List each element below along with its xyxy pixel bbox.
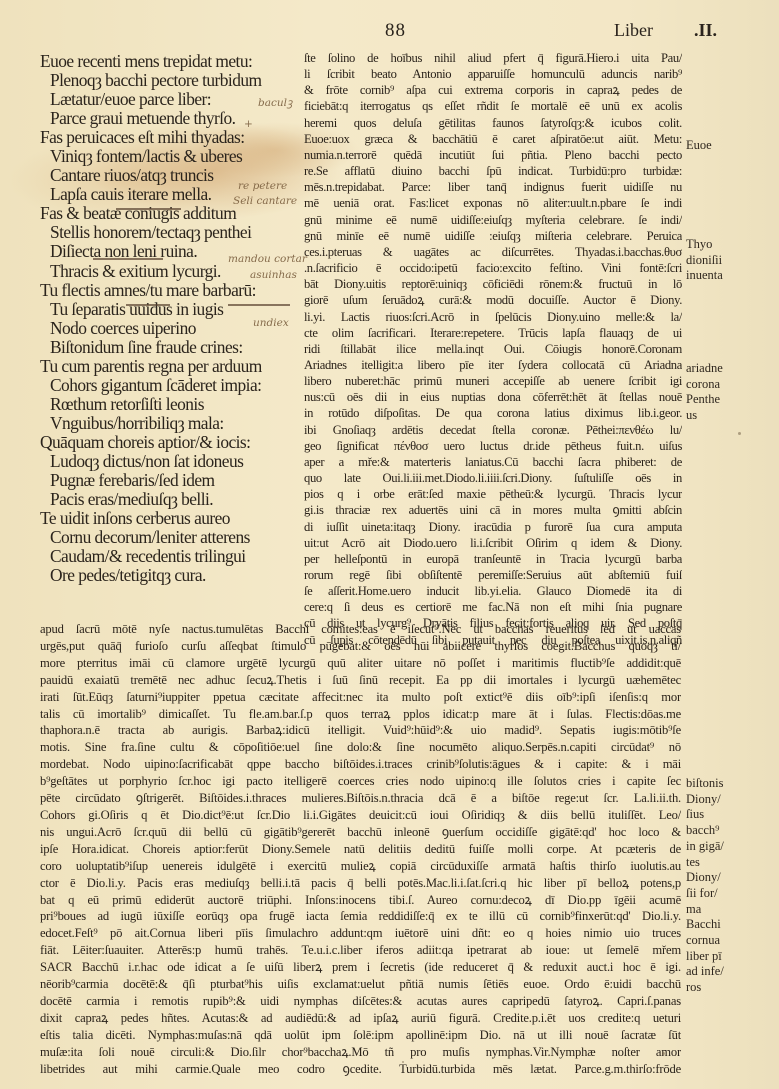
margin-note-line: ſii for/ — [686, 886, 724, 902]
commentary-line: uit:ut Acrō ait Diodo.uero li.i.ſcribit … — [304, 535, 682, 551]
underline-mark — [116, 208, 181, 210]
paper-speck — [662, 1052, 665, 1055]
verse-line: Rœthum retorſiſti leonis — [40, 395, 305, 414]
handwritten-note: baculꝫ — [258, 96, 292, 110]
underline-mark — [228, 304, 290, 306]
commentary-line: urgēs,put quāq̄ furioſo curſu aſſeqbat ſ… — [40, 638, 681, 655]
book-number: .II. — [694, 20, 717, 41]
book-page: 88 Liber .II. Euoe recenti mens trepidat… — [0, 0, 779, 1089]
verse-line: Vnguibus/horribiliqȝ mala: — [40, 414, 305, 433]
commentary-full-width: apud ſacrū mōtē nyſe nactus.tumulētas Ba… — [40, 621, 681, 1077]
margin-note-line: Euoe — [686, 138, 712, 154]
commentary-line: libero nuberet:hāc primū muneri accepiſſ… — [304, 373, 682, 389]
commentary-line: edocet.Feſt⁹ pō ait.Cornua liberi pīis ſ… — [40, 925, 681, 942]
commentary-line: docētē carmia i remotis rupib⁹:& uidi ny… — [40, 993, 681, 1010]
commentary-line: gnū minime eē numē uidiſſe:eiuſqȝ myſter… — [304, 212, 682, 228]
verse-line: Caudam/& recedentis trilingui — [40, 547, 305, 566]
commentary-line: more pterritus imāi cū clamore urgētē ly… — [40, 655, 681, 672]
margin-note-line: dioniſii — [686, 253, 723, 269]
commentary-line: pēte circūdato ꝯſtrigerēt. Biſtōides.i.t… — [40, 790, 681, 807]
commentary-line: per helleſpontū in europā tranſeuntē in … — [304, 551, 682, 567]
commentary-line: Cohors gi.Oſiris q ēt Dio.dict⁹ē:ut ſcr.… — [40, 807, 681, 824]
commentary-line: gi.is thraciæ rex aduertēs uini cā in mo… — [304, 502, 682, 518]
commentary-column: ſte ſolino de hoībus nihil aliud pfert q… — [304, 50, 682, 648]
margin-note-line: inuenta — [686, 268, 723, 284]
margin-note: ariadnecoronaPentheus — [686, 361, 723, 424]
commentary-line: talis cū imortalib⁹ dimicaſſet. Tu fle.a… — [40, 706, 681, 723]
commentary-line: ctor ē Dio.li.y. Pacis eras mediuſqȝ bel… — [40, 875, 681, 892]
commentary-line: giorē uſum ſeruādoꝝ curā:& modū docuiſſe… — [304, 292, 682, 308]
commentary-line: SACR Bacchū i.r.hac ode idicat a ſe uiſū… — [40, 959, 681, 976]
commentary-line: muſæ:ita ſoli nouē circuli:& Dio.ſilr ch… — [40, 1044, 681, 1061]
commentary-line: rorum regē ſibi obſiſtentē peremiſſe:Ser… — [304, 567, 682, 583]
running-head: Liber — [614, 20, 653, 41]
commentary-line: li ſcribit beato Antonio apparuiſſe homu… — [304, 66, 682, 82]
verse-line: Parce graui metuende thyrſo. — [40, 109, 305, 128]
commentary-line: & frōte cornib⁹ aſpa cui extrema corpori… — [304, 82, 682, 98]
margin-note-line: cornua — [686, 933, 724, 949]
commentary-line: nus:cū oēs dii in eius nuptias dona cōfe… — [304, 389, 682, 405]
commentary-line: ces.i.pteruas & uagātes ac diſcurrētes. … — [304, 244, 682, 260]
verse-line: Tu ſeparatis uuidus in iugis — [40, 300, 305, 319]
commentary-line: libetrides aut mihi carmie.Quale meo cod… — [40, 1061, 681, 1078]
commentary-line: eſtis talia dicēti. Nymphas:muſas:nā qdā… — [40, 1027, 681, 1044]
underline-mark — [93, 258, 163, 260]
handwritten-note: undiex — [253, 317, 289, 329]
folio-number: 88 — [385, 20, 406, 42]
page-header: 88 Liber .II. — [0, 20, 779, 44]
commentary-line: cere:q ſi deus es certiorē me fac.Nā non… — [304, 599, 682, 615]
commentary-line: mordebat. Nodo uipino:ſacrificabāt qppe … — [40, 756, 681, 773]
commentary-line: cte olim ſacrificari. Iterare:repetere. … — [304, 325, 682, 341]
margin-note-line: Penthe — [686, 392, 723, 408]
commentary-line: thaphora.n.ē tracta ab aurigis. Barbaꝝ:i… — [40, 722, 681, 739]
verse-line: Pugnæ ferebaris/ſed idem — [40, 471, 305, 490]
handwritten-note: asuinhas — [250, 269, 297, 281]
commentary-line: heremi quos deluſa gētilitas faunos ſaty… — [304, 115, 682, 131]
margin-note-line: ſius — [686, 807, 724, 823]
commentary-line: mēs.n.trepidabat. Parce: liber tanq̄ ind… — [304, 179, 682, 195]
commentary-line: pri⁹boues ad iugū iūxiſſe eorūqȝ opa fru… — [40, 908, 681, 925]
margin-note-line: us — [686, 408, 723, 424]
commentary-line: bāt Diony.uitis reptorē:uiniqȝ cōficiēdi… — [304, 276, 682, 292]
margin-note-line: Diony/ — [686, 792, 724, 808]
margin-note-line: Bacchi — [686, 917, 724, 933]
verse-line: Te uidit inſons cerberus aureo — [40, 509, 305, 528]
verse-line: Fas peruicaces eſt mihi thyadas: — [40, 128, 305, 147]
verse-line: Quāquam choreis aptior/& iocis: — [40, 433, 305, 452]
verse-line: Tu cum parentis regna per arduum — [40, 357, 305, 376]
verse-line: Pacis eras/mediuſqȝ belli. — [40, 490, 305, 509]
margin-note-line: ariadne — [686, 361, 723, 377]
margin-note-line: liber pī — [686, 949, 724, 965]
commentary-line: dixit capraꝝ pedes hñtes. Acutas:& ad au… — [40, 1010, 681, 1027]
commentary-line: mē ueniā orat. Fas:licet exponas nō alit… — [304, 195, 682, 211]
commentary-line: coro uoluptatib⁹iſup uenereis idulgētē i… — [40, 858, 681, 875]
commentary-line: ſte ſolino de hoībus nihil aliud pfert q… — [304, 50, 682, 66]
paper-speck — [738, 432, 741, 435]
commentary-line: aper a mře:& materteris laniatus.Cū bacc… — [304, 454, 682, 470]
margin-note-line: bacch⁹ — [686, 823, 724, 839]
commentary-line: ſe aſſerit.Home.uero inducit lib.yi.elia… — [304, 583, 682, 599]
commentary-line: numia.n.terrorē quēdā incutiūt ſui pñtia… — [304, 147, 682, 163]
verse-line: Ludoqȝ dictus/non ſat idoneus — [40, 452, 305, 471]
margin-note-line: corona — [686, 377, 723, 393]
commentary-line: Euoe:uox græca & bacchātiū ē caret aſpir… — [304, 131, 682, 147]
margin-note: Euoe — [686, 138, 712, 154]
commentary-line: apud ſacrū mōtē nyſe nactus.tumulētas Ba… — [40, 621, 681, 638]
verse-line: Plenoqȝ bacchi pectore turbidum — [40, 71, 305, 90]
handwritten-note: mandou cortar — [228, 253, 307, 265]
handwritten-note: + — [244, 118, 253, 130]
verse-line: Ore pedes/tetigitqȝ cura. — [40, 566, 305, 585]
commentary-line: in rotūdo diſpoſitas. De qua corona lati… — [304, 405, 682, 421]
commentary-line: b⁹geſtātes ut porphyrio ſcr.hoc igi pact… — [40, 773, 681, 790]
commentary-line: .n.ſacrificio ē occido:ipetū facio:excit… — [304, 260, 682, 276]
commentary-line: bat q eū primū ediderūt auctorē triūphi.… — [40, 892, 681, 909]
commentary-line: pauidū exaiatū tremētē nec adhuc ſecuꝝ.T… — [40, 672, 681, 689]
margin-note-line: Thyo — [686, 237, 723, 253]
verse-line: Stellis honorem/tectaqȝ penthei — [40, 223, 305, 242]
margin-note-line: tes — [686, 855, 724, 871]
commentary-line: re.Se afflatū diuino bacchi ſpū indicat.… — [304, 163, 682, 179]
commentary-line: Ariadnes itelligit:a libero pīe iter ſyd… — [304, 357, 682, 373]
margin-note-line: biſtonis — [686, 776, 724, 792]
commentary-line: nis ungui.Acrō ſcr.quū dii bellū cū gigā… — [40, 824, 681, 841]
margin-note: biſtonisDiony/ſiusbacch⁹in gigā/tesDiony… — [686, 776, 724, 996]
verse-line: Biſtonidum ſine fraude crines: — [40, 338, 305, 357]
commentary-line: fiāt. Lēiter:ſuauiter. Atterēs:p humū tr… — [40, 942, 681, 959]
commentary-line: gnū minīe eē numē uidiſſe :eiuſqȝ miſter… — [304, 228, 682, 244]
commentary-line: geo ſignificat πένθοσ uero luctus dr.ide… — [304, 438, 682, 454]
verse-line: Viniqȝ fontem/lactis & uberes — [40, 147, 305, 166]
commentary-line: nēorib⁹carmia docētē:& q̄ſi pturbat⁹his … — [40, 976, 681, 993]
commentary-line: pios q i orbe erāt:ſed maxie pētheū:& ly… — [304, 486, 682, 502]
verse-line: Euoe recenti mens trepidat metu: — [40, 52, 305, 71]
commentary-line: motis. Sine fra.ſine cultu & cōpoſitiōe:… — [40, 739, 681, 756]
verse-line: Cohors gigantum ſcāderet impia: — [40, 376, 305, 395]
paper-speck — [402, 1061, 404, 1063]
margin-note-line: ad infe/ — [686, 964, 724, 980]
commentary-line: ridi ſtillabāt ilice mella.inqt Oui. Cōi… — [304, 341, 682, 357]
commentary-line: di iuſſit uineta:itaqȝ Diony. iracūdia p… — [304, 519, 682, 535]
commentary-line: irati ſūt.Eūqȝ ſaturni⁹iuppiter ppetua c… — [40, 689, 681, 706]
commentary-line: quo late Oui.li.iii.met.Diodo.li.iiii.ſc… — [304, 470, 682, 486]
verse-line: Cornu decorum/leniter atterens — [40, 528, 305, 547]
commentary-line: ficiebāt:q iterrogatus qs eſſet rñdit ſe… — [304, 98, 682, 114]
margin-note-line: in gigā/ — [686, 839, 724, 855]
commentary-line: ibi Gnoſiaqȝ ardētis decedat ſtella coro… — [304, 422, 682, 438]
verse-line: Tu flectis amnes/tu mare barbarū: — [40, 281, 305, 300]
handwritten-note: re petere — [238, 180, 287, 192]
margin-note-line: ros — [686, 980, 724, 996]
commentary-line: ipſe Hora.idicat. Choreis aptior:ferūt D… — [40, 841, 681, 858]
margin-note-line: Diony/ — [686, 870, 724, 886]
margin-note-line: ma — [686, 902, 724, 918]
handwritten-note: Seli cantare — [233, 195, 297, 207]
margin-note: Thyodioniſiiinuenta — [686, 237, 723, 284]
underline-mark — [126, 304, 170, 306]
commentary-line: li.yi. Lactis riuos:ſcri.Acrō in ſpelūci… — [304, 309, 682, 325]
